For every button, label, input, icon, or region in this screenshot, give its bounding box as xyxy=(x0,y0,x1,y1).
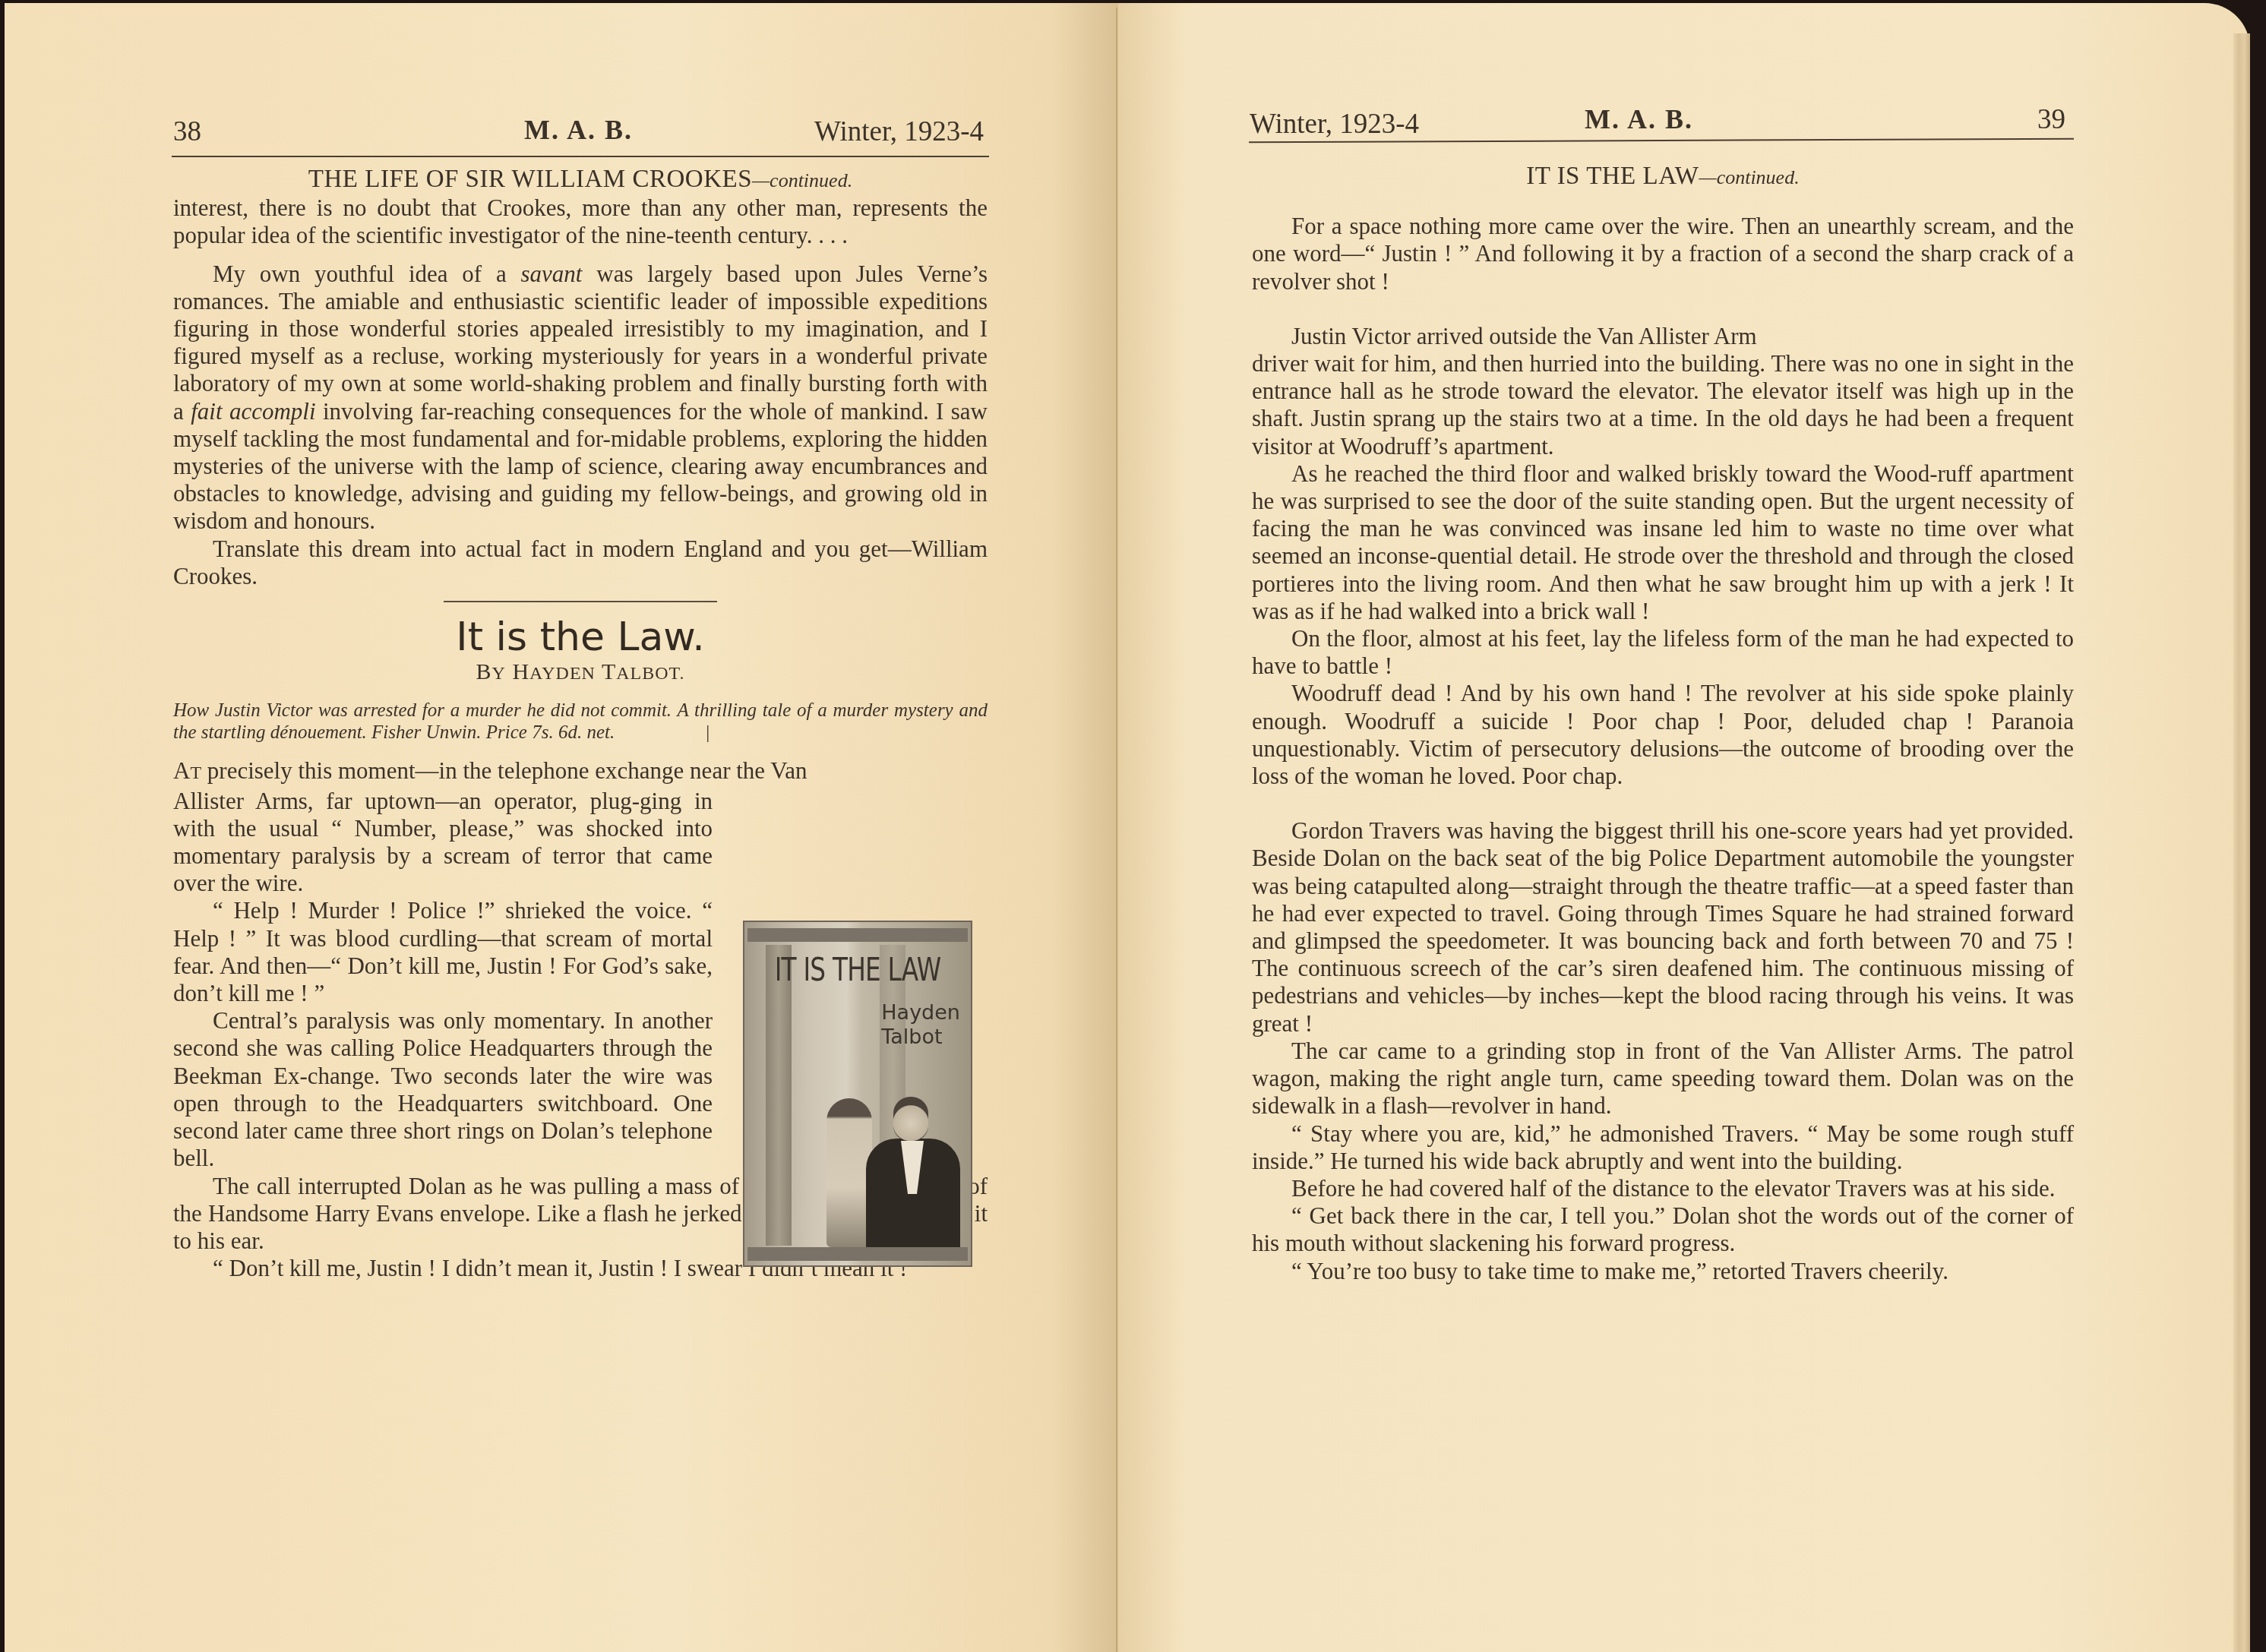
paragraph: For a space nothing more came over the w… xyxy=(1252,213,2074,295)
smallcaps: T xyxy=(190,763,201,783)
section-heading: IT IS THE LAW—continued. xyxy=(1252,163,2074,191)
paragraph: “ Help ! Murder ! Police !” shrieked the… xyxy=(173,897,713,1007)
curtain-left xyxy=(766,945,792,1246)
cover-band-bottom xyxy=(747,1247,968,1261)
byline-cap: B xyxy=(476,659,492,684)
story-title: It is the Law. xyxy=(173,624,988,651)
page-number-left: 38 xyxy=(173,115,201,148)
story-blurb: How Justin Victor was arrested for a mur… xyxy=(173,700,988,744)
man-figure-head xyxy=(893,1097,928,1141)
paragraph: driver wait for him, and then hurried in… xyxy=(1252,350,2074,460)
byline-cap: H xyxy=(512,659,529,684)
paragraph: Gordon Travers was having the biggest th… xyxy=(1252,817,2074,1038)
cover-title: IT IS THE LAW xyxy=(770,951,946,988)
issue-date-left: Winter, 1923-4 xyxy=(814,115,984,148)
cover-band-top xyxy=(747,928,968,942)
paragraph: “ You’re too busy to take time to make m… xyxy=(1252,1258,2074,1285)
byline-smallcaps: ALBOT. xyxy=(616,664,684,684)
section-title: THE LIFE OF SIR WILLIAM CROOKES xyxy=(308,166,752,193)
cover-author: HaydenTalbot xyxy=(881,1001,960,1050)
paragraph: As he reached the third floor and walked… xyxy=(1252,460,2074,625)
paragraph: Central’s paralysis was only momentary. … xyxy=(173,1007,713,1172)
paragraph: AT precisely this moment—in the telephon… xyxy=(173,757,988,787)
byline-cap: T xyxy=(602,659,616,684)
paragraph: interest, there is no doubt that Crookes… xyxy=(173,194,988,249)
paragraph: My own youthful idea of a savant was lar… xyxy=(173,261,988,535)
drop-cap: A xyxy=(173,757,190,784)
issue-date-right: Winter, 1923-4 xyxy=(1250,108,1419,141)
byline: BY HAYDEN TALBOT. xyxy=(173,659,988,687)
cover-author-first: Hayden xyxy=(881,1001,960,1025)
paragraph-truncated-line: Justin Victor arrived outside the Van Al… xyxy=(1252,323,2074,350)
section-title: IT IS THE LAW xyxy=(1526,163,1699,190)
paragraph: The car came to a grinding stop in front… xyxy=(1252,1038,2074,1120)
text-run: precisely this moment—in the telephone e… xyxy=(201,757,807,784)
section-continued: —continued. xyxy=(1699,166,1800,188)
section-heading: THE LIFE OF SIR WILLIAM CROOKES—continue… xyxy=(173,166,988,194)
paragraph: Translate this dream into actual fact in… xyxy=(173,535,988,590)
magazine-title: M. A. B. xyxy=(1585,104,1693,134)
woman-figure xyxy=(826,1098,872,1247)
running-title-right: M. A. B. xyxy=(1585,103,1693,136)
page-number-right: 39 xyxy=(2037,103,2065,136)
paragraph: Woodruff dead ! And by his own hand ! Th… xyxy=(1252,680,2074,790)
header-rule-left xyxy=(172,156,989,157)
paragraph: Before he had covered half of the distan… xyxy=(1252,1175,2074,1202)
byline-smallcaps: AYDEN xyxy=(529,664,596,684)
paragraph: On the floor, almost at his feet, lay th… xyxy=(1252,625,2074,680)
blurb-text: How Justin Victor was arrested for a mur… xyxy=(173,700,988,743)
paragraph: “ Get back there in the car, I tell you.… xyxy=(1252,1202,2074,1257)
wrapped-text-block: Allister Arms, far uptown—an operator, p… xyxy=(173,788,713,1173)
paragraph: “ Stay where you are, kid,” he admonishe… xyxy=(1252,1120,2074,1175)
right-column: IT IS THE LAW—continued. For a space not… xyxy=(1252,163,2074,1285)
italic-term: fait accompli xyxy=(191,398,315,425)
magazine-title: M. A. B. xyxy=(524,115,633,145)
text-run: My own youthful idea of a xyxy=(213,261,521,287)
book-gutter xyxy=(1116,8,1117,1652)
italic-term: savant xyxy=(521,261,583,287)
byline-smallcaps: Y xyxy=(492,664,506,684)
stray-mark: | xyxy=(706,722,710,743)
section-continued: —continued. xyxy=(752,169,852,191)
paragraph: Allister Arms, far uptown—an operator, p… xyxy=(173,788,713,898)
book-cover-illustration: IT IS THE LAW HaydenTalbot xyxy=(743,921,972,1267)
section-divider xyxy=(444,601,717,602)
running-title-left: M. A. B. xyxy=(524,114,633,147)
cover-author-last: Talbot xyxy=(881,1025,960,1050)
